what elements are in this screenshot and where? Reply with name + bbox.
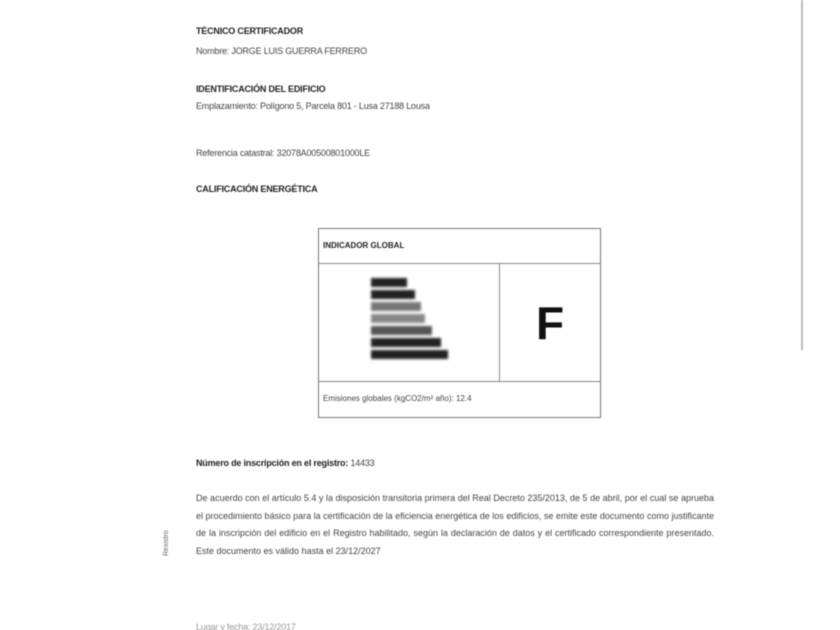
- energy-rating-box: INDICADOR GLOBAL F Emisiones globales (k…: [318, 228, 601, 418]
- rating-heading: CALIFICACIÓN ENERGÉTICA: [196, 184, 317, 194]
- side-stamp: Rexistro: [163, 530, 170, 556]
- certificate-paragraph: De acuerdo con el artículo 5.4 y la disp…: [196, 490, 714, 560]
- emissions-value: Emisiones globales (kgCO2/m² año): 12.4: [323, 394, 472, 403]
- footer-line: Lugar y fecha: 23/12/2017: [196, 622, 296, 630]
- registration-number: 14433: [350, 458, 374, 468]
- rating-box-title: INDICADOR GLOBAL: [323, 241, 404, 250]
- building-location: Emplazamiento: Polígono 5, Parcela 801 -…: [196, 101, 430, 111]
- energy-scale-graphic: [319, 264, 500, 381]
- building-heading: IDENTIFICACIÓN DEL EDIFICIO: [196, 84, 325, 94]
- cadastral-reference: Referencia catastral: 32078A00500801000L…: [196, 148, 370, 158]
- energy-class-letter: F: [536, 296, 564, 350]
- technician-name: Nombre: JORGE LUIS GUERRA FERRERO: [196, 46, 367, 56]
- registration-line: Número de inscripción en el registro: 14…: [196, 458, 374, 468]
- technician-heading: TÉCNICO CERTIFICADOR: [196, 26, 303, 36]
- page-edge-line: [801, 0, 803, 350]
- registration-label: Número de inscripción en el registro:: [196, 458, 348, 468]
